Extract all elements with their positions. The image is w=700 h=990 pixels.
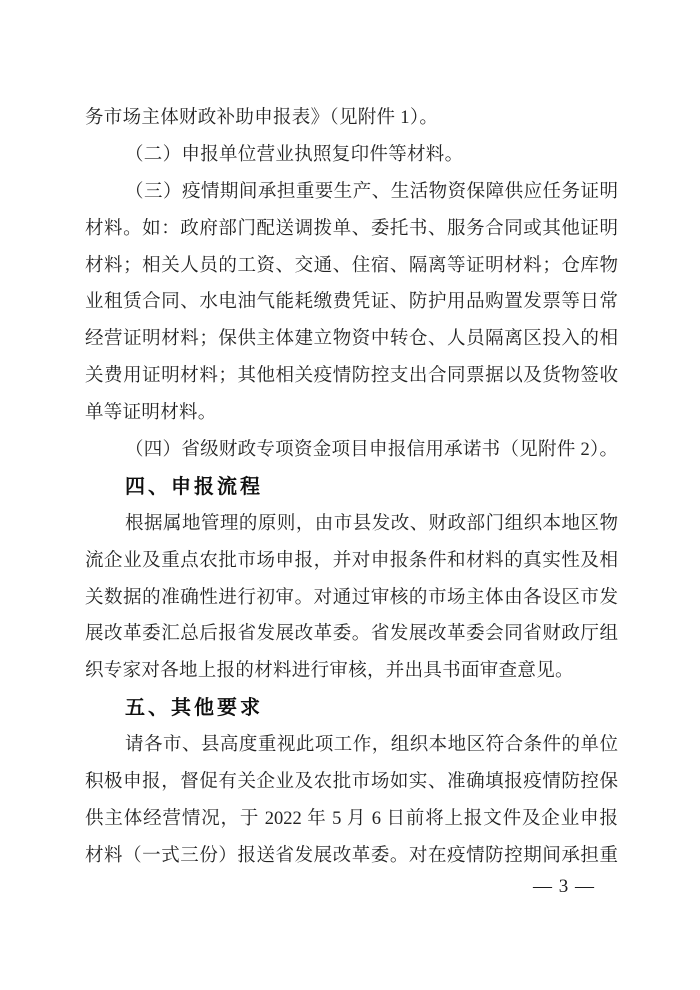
document-line: 材料。如：政府部门配送调拨单、委托书、服务合同或其他证明	[85, 211, 618, 248]
document-line: 积极申报，督促有关企业及农批市场如实、准确填报疫情防控保	[85, 764, 618, 801]
document-line: 经营证明材料；保供主体建立物资中转仓、人员隔离区投入的相	[85, 321, 618, 358]
section-heading: 四、申报流程	[85, 469, 618, 506]
document-line: 务市场主体财政补助申报表》（见附件 1）。	[85, 100, 618, 137]
document-line: 关费用证明材料；其他相关疫情防控支出合同票据以及货物签收	[85, 358, 618, 395]
document-line: 织专家对各地上报的材料进行审核，并出具书面审查意见。	[85, 653, 618, 690]
document-line: 关数据的准确性进行初审。对通过审核的市场主体由各设区市发	[85, 580, 618, 617]
section-heading: 五、其他要求	[85, 690, 618, 727]
document-line: （二）申报单位营业执照复印件等材料。	[85, 137, 618, 174]
document-page: 务市场主体财政补助申报表》（见附件 1）。（二）申报单位营业执照复印件等材料。（…	[0, 0, 700, 990]
document-line: 流企业及重点农批市场申报，并对申报条件和材料的真实性及相	[85, 543, 618, 580]
page-number: — 3 —	[533, 874, 595, 900]
document-line: （三）疫情期间承担重要生产、生活物资保障供应任务证明	[85, 174, 618, 211]
document-line: 材料（一式三份）报送省发展改革委。对在疫情防控期间承担重	[85, 838, 618, 875]
document-line: 根据属地管理的原则，由市县发改、财政部门组织本地区物	[85, 506, 618, 543]
document-line: 供主体经营情况，于 2022 年 5 月 6 日前将上报文件及企业申报	[85, 801, 618, 838]
document-line: 业租赁合同、水电油气能耗缴费凭证、防护用品购置发票等日常	[85, 284, 618, 321]
document-content: 务市场主体财政补助申报表》（见附件 1）。（二）申报单位营业执照复印件等材料。（…	[85, 100, 618, 875]
document-line: 请各市、县高度重视此项工作，组织本地区符合条件的单位	[85, 727, 618, 764]
document-line: 单等证明材料。	[85, 395, 618, 432]
document-line: 展改革委汇总后报省发展改革委。省发展改革委会同省财政厅组	[85, 616, 618, 653]
document-line: （四）省级财政专项资金项目申报信用承诺书（见附件 2）。	[85, 432, 618, 469]
document-line: 材料；相关人员的工资、交通、住宿、隔离等证明材料；仓库物	[85, 248, 618, 285]
